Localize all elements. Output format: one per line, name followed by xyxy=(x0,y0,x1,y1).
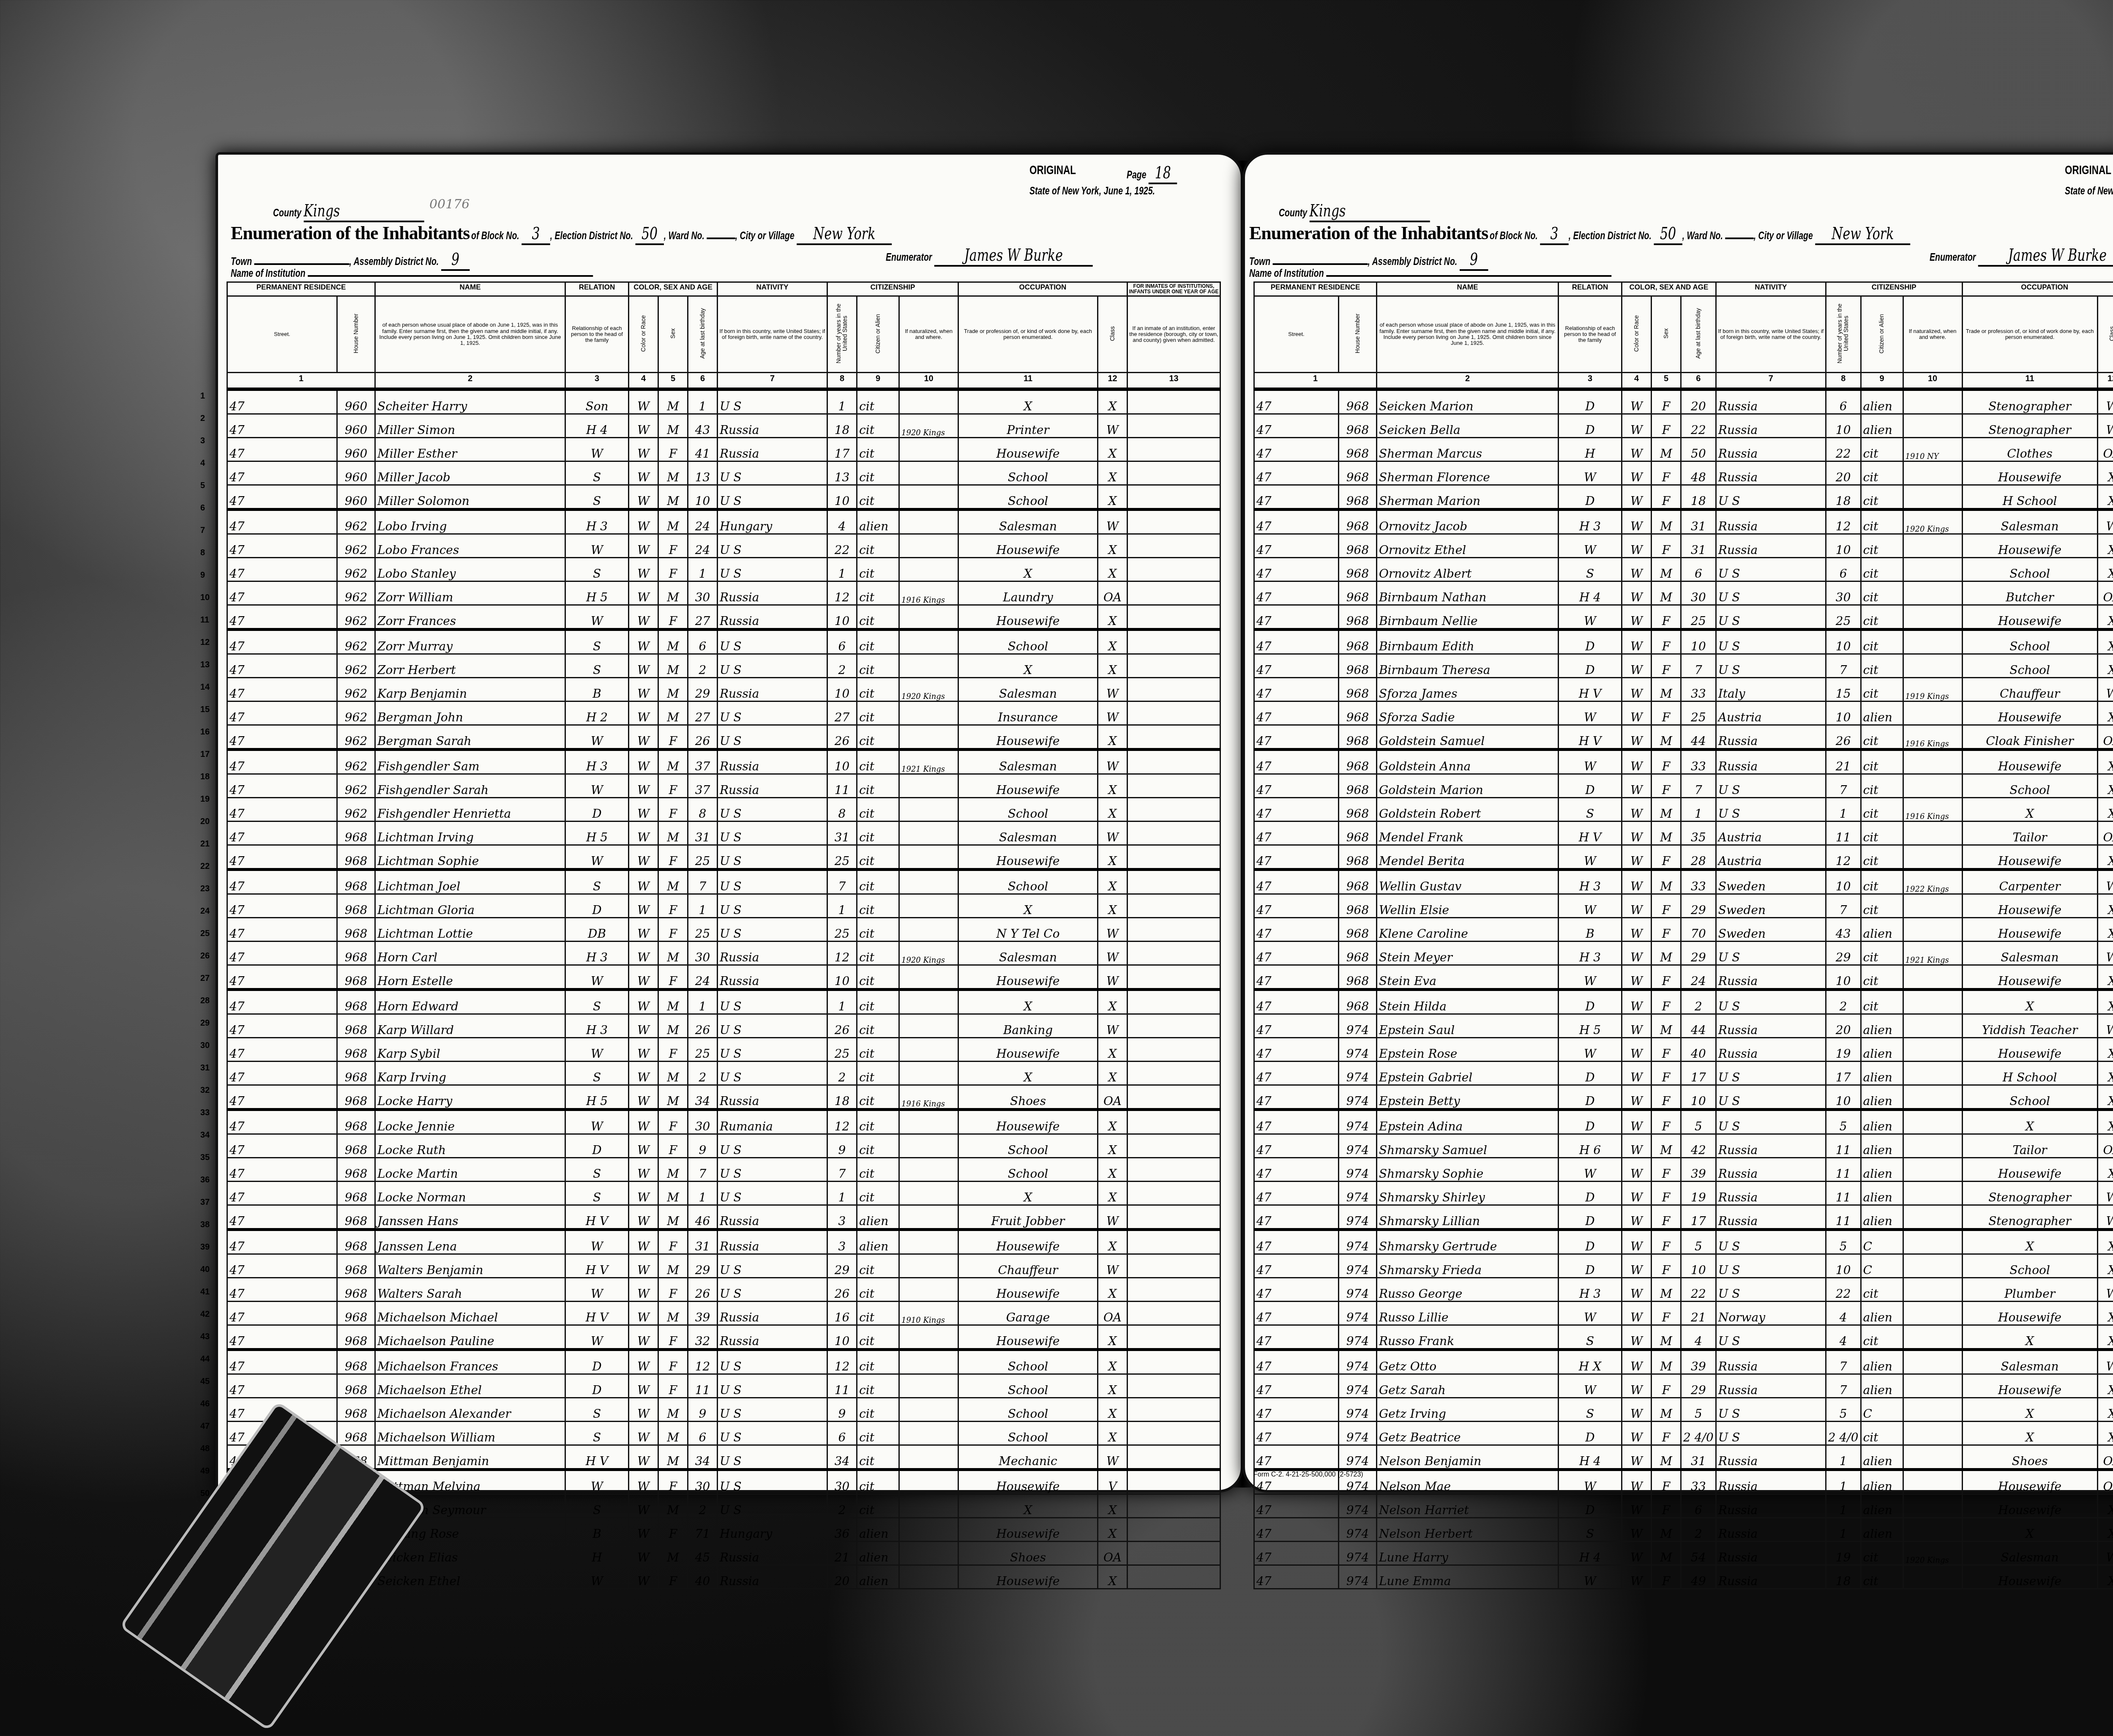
cell-years-in-us: 16 xyxy=(827,1301,857,1325)
cell-person-name: Klene Caroline xyxy=(1377,917,1559,941)
cell-occupation: Housewife xyxy=(1962,749,2097,774)
cell-years-in-us: 26 xyxy=(827,725,857,749)
cell-relation: H 4 xyxy=(565,414,629,437)
cell-naturalized xyxy=(1903,1518,1962,1541)
cell-relation: W xyxy=(565,1037,629,1061)
cell-person-name: Mendel Berita xyxy=(1377,845,1559,869)
cell-naturalized xyxy=(899,557,958,581)
line-number: 1 xyxy=(200,391,205,401)
cell-nativity: Russia xyxy=(1716,437,1826,461)
cell-person-name: Zorr Frances xyxy=(375,605,565,629)
table-row: 47968Stein MeyerH 3WM29U S29cit1921 King… xyxy=(1254,941,2113,965)
cell-naturalized xyxy=(1903,605,1962,629)
cell-relation: D xyxy=(1559,1181,1622,1205)
cell-relation: S xyxy=(1559,797,1622,821)
cell-relation: H 6 xyxy=(1559,1134,1622,1157)
county-field: County Kings xyxy=(1279,201,1430,222)
cell-nativity: U S xyxy=(1716,941,1826,965)
cell-class: W xyxy=(2097,389,2113,414)
cell-years-in-us: 11 xyxy=(1826,1157,1861,1181)
cell-citizen-status: cit xyxy=(1861,437,1903,461)
cell-person-name: Locke Norman xyxy=(375,1181,565,1205)
cell-relation: W xyxy=(565,1325,629,1349)
cell-class: X xyxy=(1098,894,1127,917)
cell-age: 29 xyxy=(1681,941,1716,965)
table-row: 47968Stein HildaDWF2U S2citXX xyxy=(1254,989,2113,1014)
cell-class: X xyxy=(2097,557,2113,581)
cell-sex: M xyxy=(658,485,688,509)
line-number: 24 xyxy=(200,906,210,916)
column-number: 9 xyxy=(1861,372,1903,389)
cell-nativity: U S xyxy=(718,701,827,725)
cell-sex: F xyxy=(658,725,688,749)
cell-house-number: 968 xyxy=(1339,677,1377,701)
cell-class: X xyxy=(2097,605,2113,629)
cell-occupation: X xyxy=(1962,1109,2097,1134)
cell-relation: W xyxy=(565,845,629,869)
cell-person-name: Lune Emma xyxy=(1377,1565,1559,1589)
cell-age: 31 xyxy=(1681,509,1716,534)
column-number: 6 xyxy=(688,372,718,389)
cell-years-in-us: 22 xyxy=(1826,437,1861,461)
cell-house-number: 968 xyxy=(337,1374,375,1398)
cell-class: W xyxy=(2097,1349,2113,1374)
cell-house-number: 968 xyxy=(337,1277,375,1301)
enumeration-line: Enumeration of the Inhabitants of Block … xyxy=(231,222,1032,245)
cell-occupation: X xyxy=(1962,1325,2097,1349)
cell-class: X xyxy=(1098,1494,1127,1518)
cell-color: W xyxy=(629,557,658,581)
ward-number xyxy=(1725,237,1754,239)
cell-citizen-status: cit xyxy=(857,1037,899,1061)
cell-street: 47 xyxy=(1254,557,1339,581)
cell-nativity: U S xyxy=(718,1014,827,1037)
cell-relation: D xyxy=(1559,654,1622,677)
cell-naturalized xyxy=(899,845,958,869)
cell-occupation: X xyxy=(1962,797,2097,821)
cell-institution xyxy=(1127,1445,1220,1469)
cell-relation: W xyxy=(565,725,629,749)
cell-years-in-us: 1 xyxy=(827,989,857,1014)
cell-color: W xyxy=(629,821,658,845)
cell-age: 22 xyxy=(1681,1277,1716,1301)
column-number: 2 xyxy=(375,372,565,389)
cell-street: 47 xyxy=(1254,1541,1339,1565)
cell-person-name: Sforza Sadie xyxy=(1377,701,1559,725)
cell-color: W xyxy=(1622,629,1652,654)
cell-age: 27 xyxy=(688,605,718,629)
cell-relation: D xyxy=(565,797,629,821)
cell-street: 47 xyxy=(1254,965,1339,989)
line-number: 10 xyxy=(200,593,210,603)
cell-person-name: Russo George xyxy=(1377,1277,1559,1301)
header-color: Color or Race xyxy=(629,296,658,372)
cell-class: OA xyxy=(2097,581,2113,605)
cell-nativity: Austria xyxy=(1716,845,1826,869)
table-row: 47974Russo GeorgeH 3WM22U S22citPlumberW xyxy=(1254,1277,2113,1301)
cell-person-name: Shmarsky Samuel xyxy=(1377,1134,1559,1157)
cell-person-name: Shmarsky Lillian xyxy=(1377,1205,1559,1229)
cell-street: 47 xyxy=(1254,461,1339,485)
line-number: 13 xyxy=(200,660,210,670)
cell-age: 7 xyxy=(1681,774,1716,797)
cell-class: X xyxy=(1098,1061,1127,1085)
cell-occupation: Housewife xyxy=(958,1325,1098,1349)
cell-color: W xyxy=(1622,1157,1652,1181)
cell-citizen-status: cit xyxy=(857,1325,899,1349)
census-rows: 47960Scheiter HarrySonWM1U S1citXX47960M… xyxy=(227,389,1220,1589)
cell-sex: F xyxy=(658,1374,688,1398)
cell-nativity: U S xyxy=(1716,557,1826,581)
cell-street: 47 xyxy=(1254,917,1339,941)
enumerator-field: Enumerator James W Burke xyxy=(1930,246,2113,267)
cell-class: X xyxy=(2097,534,2113,557)
cell-citizen-status: cit xyxy=(857,1469,899,1494)
cell-person-name: Birnbaum Theresa xyxy=(1377,654,1559,677)
cell-nativity: Russia xyxy=(1716,1205,1826,1229)
cell-occupation: X xyxy=(958,654,1098,677)
line-number: 8 xyxy=(200,548,205,558)
cell-person-name: Zorr Herbert xyxy=(375,654,565,677)
header-occupation-desc: Trade or profession of, or kind of work … xyxy=(1962,296,2097,372)
table-row: 47974Lune HarryH 4WM54Russia19cit1920 Ki… xyxy=(1254,1541,2113,1565)
line-number: 46 xyxy=(200,1399,210,1409)
cell-age: 5 xyxy=(1681,1229,1716,1254)
cell-relation: H V xyxy=(565,1254,629,1277)
cell-naturalized xyxy=(1903,774,1962,797)
cell-class: OA xyxy=(1098,1541,1127,1565)
cell-citizen-status: cit xyxy=(857,1445,899,1469)
table-row: 47968Locke NormanSWM1U S1citXX xyxy=(227,1181,1220,1205)
table-row: 47968Ornovitz AlbertSWM6U S6citSchoolX xyxy=(1254,557,2113,581)
cell-relation: B xyxy=(565,677,629,701)
cell-sex: F xyxy=(658,1469,688,1494)
cell-years-in-us: 5 xyxy=(1826,1109,1861,1134)
cell-age: 39 xyxy=(688,1301,718,1325)
cell-age: 33 xyxy=(1681,677,1716,701)
cell-relation: S xyxy=(565,1398,629,1421)
cell-citizen-status: alien xyxy=(1861,389,1903,414)
cell-color: W xyxy=(629,534,658,557)
cell-citizen-status: cit xyxy=(1861,845,1903,869)
cell-occupation: School xyxy=(958,629,1098,654)
cell-occupation: Salesman xyxy=(958,749,1098,774)
cell-nativity: U S xyxy=(1716,1277,1826,1301)
cell-color: W xyxy=(629,485,658,509)
institution-field: Name of Institution xyxy=(1249,267,1611,280)
cell-person-name: Michaelson Michael xyxy=(375,1301,565,1325)
cell-nativity: Russia xyxy=(718,605,827,629)
cell-street: 47 xyxy=(1254,1518,1339,1541)
cell-relation: S xyxy=(565,1494,629,1518)
cell-citizen-status: cit xyxy=(1861,894,1903,917)
cell-class: X xyxy=(2097,774,2113,797)
cell-sex: F xyxy=(1652,1157,1681,1181)
table-row: 47968Sforza JamesH VWM33Italy15cit1919 K… xyxy=(1254,677,2113,701)
cell-house-number: 968 xyxy=(337,894,375,917)
cell-years-in-us: 18 xyxy=(1826,1565,1861,1589)
cell-citizen-status: alien xyxy=(1861,1157,1903,1181)
cell-street: 47 xyxy=(227,629,337,654)
cell-occupation: Chauffeur xyxy=(958,1254,1098,1277)
cell-nativity: U S xyxy=(718,557,827,581)
cell-sex: F xyxy=(658,894,688,917)
cell-person-name: Michaelson William xyxy=(375,1421,565,1445)
cell-age: 30 xyxy=(688,941,718,965)
cell-relation: D xyxy=(1559,1229,1622,1254)
cell-house-number: 974 xyxy=(1339,1301,1377,1325)
cell-nativity: Russia xyxy=(1716,1014,1826,1037)
cell-nativity: Russia xyxy=(1716,1518,1826,1541)
cell-house-number: 968 xyxy=(337,1398,375,1421)
cell-street: 47 xyxy=(1254,414,1339,437)
cell-class: W xyxy=(1098,965,1127,989)
cell-class: V xyxy=(1098,1469,1127,1494)
cell-occupation: Salesman xyxy=(958,821,1098,845)
line-number: 38 xyxy=(200,1220,210,1230)
table-row: 47974Nelson HarrietDWF6Russia1alienHouse… xyxy=(1254,1494,2113,1518)
cell-person-name: Karp Sybil xyxy=(375,1037,565,1061)
table-row: 47968Sherman MarionDWF18U S18citH School… xyxy=(1254,485,2113,509)
cell-occupation: Housewife xyxy=(1962,461,2097,485)
cell-class: X xyxy=(1098,845,1127,869)
cell-age: 1 xyxy=(688,557,718,581)
cell-age: 30 xyxy=(688,1469,718,1494)
cell-nativity: U S xyxy=(1716,654,1826,677)
cell-sex: M xyxy=(658,989,688,1014)
cell-sex: F xyxy=(658,1565,688,1589)
cell-occupation: Housewife xyxy=(958,437,1098,461)
cell-sex: F xyxy=(1652,629,1681,654)
line-number: 45 xyxy=(200,1377,210,1387)
cell-relation: D xyxy=(1559,485,1622,509)
cell-citizen-status: cit xyxy=(1861,749,1903,774)
cell-citizen-status: alien xyxy=(1861,917,1903,941)
cell-class: X xyxy=(2097,485,2113,509)
cell-street: 47 xyxy=(1254,1565,1339,1589)
cell-class: X xyxy=(2097,654,2113,677)
table-row: 47968Michaelson WilliamSWM6U S6citSchool… xyxy=(227,1421,1220,1445)
header-relation-desc: Relationship of each person to the head … xyxy=(565,296,629,372)
cell-occupation: Salesman xyxy=(1962,509,2097,534)
cell-house-number: 968 xyxy=(337,1109,375,1134)
cell-person-name: Nelson Harriet xyxy=(1377,1494,1559,1518)
cell-house-number: 960 xyxy=(337,414,375,437)
cell-class: X xyxy=(1098,869,1127,894)
cell-house-number: 974 xyxy=(1339,1229,1377,1254)
cell-years-in-us: 25 xyxy=(827,1037,857,1061)
cell-age: 2 xyxy=(688,1061,718,1085)
cell-class: X xyxy=(2097,1061,2113,1085)
cell-house-number: 968 xyxy=(337,1085,375,1109)
cell-relation: H V xyxy=(565,1445,629,1469)
cell-house-number: 968 xyxy=(337,1205,375,1229)
cell-naturalized xyxy=(899,1374,958,1398)
cell-naturalized xyxy=(1903,389,1962,414)
table-row: 47968Michaelson EthelDWF11U S11citSchool… xyxy=(227,1374,1220,1398)
cell-class: X xyxy=(1098,534,1127,557)
cell-person-name: Getz Otto xyxy=(1377,1349,1559,1374)
cell-age: 44 xyxy=(1681,1014,1716,1037)
cell-nativity: Russia xyxy=(718,1565,827,1589)
cell-nativity: Russia xyxy=(1716,1469,1826,1494)
cell-institution xyxy=(1127,1565,1220,1589)
cell-color: W xyxy=(629,437,658,461)
cell-age: 6 xyxy=(688,629,718,654)
cell-naturalized xyxy=(1903,1374,1962,1398)
cell-nativity: U S xyxy=(1716,1398,1826,1421)
cell-occupation: Salesman xyxy=(1962,1349,2097,1374)
cell-occupation: School xyxy=(958,1421,1098,1445)
cell-class: W xyxy=(2097,941,2113,965)
cell-years-in-us: 34 xyxy=(827,1445,857,1469)
table-row: 47974Epstein RoseWWF40Russia19alienHouse… xyxy=(1254,1037,2113,1061)
table-row: 47960Miller JacobSWM13U S13citSchoolX xyxy=(227,461,1220,485)
cell-naturalized: 1910 Kings xyxy=(899,1301,958,1325)
cell-nativity: U S xyxy=(1716,629,1826,654)
table-row: 47974Shmarsky FriedaDWF10U S10CSchoolX xyxy=(1254,1254,2113,1277)
cell-naturalized xyxy=(1903,581,1962,605)
header-occupation: OCCUPATION xyxy=(1962,282,2113,296)
cell-person-name: Seicken Marion xyxy=(1377,389,1559,414)
cell-house-number: 968 xyxy=(337,965,375,989)
cell-occupation: Housewife xyxy=(958,1109,1098,1134)
header-citizenship: CITIZENSHIP xyxy=(1826,282,1962,296)
cell-house-number: 974 xyxy=(1339,1518,1377,1541)
cell-citizen-status: cit xyxy=(857,581,899,605)
cell-street: 47 xyxy=(227,797,337,821)
cell-color: W xyxy=(1622,821,1652,845)
cell-class: X xyxy=(1098,389,1127,414)
cell-naturalized xyxy=(899,1277,958,1301)
table-row: 47968Stein EvaWWF24Russia10citHousewifeX xyxy=(1254,965,2113,989)
cell-age: 31 xyxy=(688,1229,718,1254)
cell-house-number: 968 xyxy=(1339,869,1377,894)
line-number: 47 xyxy=(200,1422,210,1431)
cell-sex: M xyxy=(658,1157,688,1181)
table-row: 47968Horn CarlH 3WM30Russia12cit1920 Kin… xyxy=(227,941,1220,965)
cell-color: W xyxy=(629,774,658,797)
cell-person-name: Epstein Betty xyxy=(1377,1085,1559,1109)
cell-naturalized xyxy=(1903,749,1962,774)
cell-age: 2 4/0 xyxy=(1681,1421,1716,1445)
cell-street: 47 xyxy=(1254,845,1339,869)
cell-relation: H xyxy=(1559,437,1622,461)
cell-citizen-status: cit xyxy=(1861,461,1903,485)
cell-street: 47 xyxy=(1254,1349,1339,1374)
cell-relation: W xyxy=(565,534,629,557)
cell-house-number: 968 xyxy=(1339,941,1377,965)
cell-nativity: Russia xyxy=(1716,725,1826,749)
table-row: 47974Nelson BenjaminH 4WM31Russia1alienS… xyxy=(1254,1445,2113,1469)
cell-class: X xyxy=(2097,1398,2113,1421)
cell-nativity: Russia xyxy=(1716,1541,1826,1565)
cell-occupation: Printer xyxy=(958,414,1098,437)
header-institutions-desc: If an inmate of an institution, enter th… xyxy=(1127,296,1220,372)
cell-class: OA xyxy=(2097,1445,2113,1469)
cell-years-in-us: 2 xyxy=(827,1494,857,1518)
cell-relation: W xyxy=(565,774,629,797)
cell-naturalized: 1921 Kings xyxy=(1903,941,1962,965)
cell-street: 47 xyxy=(1254,701,1339,725)
cell-relation: W xyxy=(565,1565,629,1589)
cell-relation: D xyxy=(565,894,629,917)
cell-person-name: Horn Carl xyxy=(375,941,565,965)
table-row: 47968Birnbaum EdithDWF10U S10citSchoolX xyxy=(1254,629,2113,654)
cell-person-name: Epstein Gabriel xyxy=(1377,1061,1559,1085)
cell-occupation: X xyxy=(1962,1229,2097,1254)
cell-person-name: Getz Irving xyxy=(1377,1398,1559,1421)
cell-relation: S xyxy=(565,1061,629,1085)
cell-class: X xyxy=(2097,1325,2113,1349)
cell-color: W xyxy=(629,1277,658,1301)
cell-institution xyxy=(1127,437,1220,461)
cell-class: X xyxy=(2097,1254,2113,1277)
cell-citizen-status: cit xyxy=(857,1349,899,1374)
cell-institution xyxy=(1127,414,1220,437)
state-date-line: State of New York, June 1, 1925. xyxy=(1029,184,1155,197)
line-number: 27 xyxy=(200,974,210,983)
cell-citizen-status: alien xyxy=(1861,1109,1903,1134)
cell-institution xyxy=(1127,1134,1220,1157)
cell-house-number: 968 xyxy=(337,1157,375,1181)
cell-house-number: 968 xyxy=(1339,725,1377,749)
cell-years-in-us: 6 xyxy=(827,1421,857,1445)
line-number: 9 xyxy=(200,570,205,580)
cell-citizen-status: cit xyxy=(1861,1421,1903,1445)
cell-color: W xyxy=(629,581,658,605)
table-row: 47968Locke MartinSWM7U S7citSchoolX xyxy=(227,1157,1220,1181)
cell-person-name: Epstein Rose xyxy=(1377,1037,1559,1061)
line-number: 18 xyxy=(200,772,210,782)
cell-occupation: Housewife xyxy=(1962,917,2097,941)
cell-sex: F xyxy=(658,965,688,989)
cell-color: W xyxy=(629,1469,658,1494)
table-row: 47968Mendel BeritaWWF28Austria12citHouse… xyxy=(1254,845,2113,869)
cell-color: W xyxy=(1622,1349,1652,1374)
cell-naturalized xyxy=(899,821,958,845)
cell-sex: F xyxy=(1652,1374,1681,1398)
table-row: 47968Mittman BenjaminH VWM34U S34citMech… xyxy=(227,1445,1220,1469)
cell-class: X xyxy=(1098,1421,1127,1445)
cell-naturalized xyxy=(899,437,958,461)
cell-naturalized xyxy=(899,1205,958,1229)
cell-class: W xyxy=(2097,1181,2113,1205)
cell-relation: S xyxy=(565,1181,629,1205)
cell-house-number: 968 xyxy=(1339,414,1377,437)
cell-citizen-status: alien xyxy=(1861,414,1903,437)
cell-class: W xyxy=(1098,677,1127,701)
cell-nativity: U S xyxy=(1716,605,1826,629)
line-number: 2 xyxy=(200,414,205,423)
cell-occupation: School xyxy=(1962,629,2097,654)
cell-sex: F xyxy=(658,1518,688,1541)
cell-color: W xyxy=(1622,605,1652,629)
cell-years-in-us: 29 xyxy=(827,1254,857,1277)
cell-class: W xyxy=(1098,917,1127,941)
cell-relation: S xyxy=(565,869,629,894)
cell-occupation: Housewife xyxy=(958,1469,1098,1494)
cell-institution xyxy=(1127,989,1220,1014)
cell-relation: D xyxy=(1559,1085,1622,1109)
cell-citizen-status: cit xyxy=(857,461,899,485)
table-row: 47962Fishgendler HenriettaDWF8U S8citSch… xyxy=(227,797,1220,821)
cell-nativity: U S xyxy=(718,1469,827,1494)
column-number: 5 xyxy=(658,372,688,389)
cell-naturalized xyxy=(1903,461,1962,485)
cell-age: 9 xyxy=(688,1398,718,1421)
cell-class: X xyxy=(2097,1565,2113,1589)
